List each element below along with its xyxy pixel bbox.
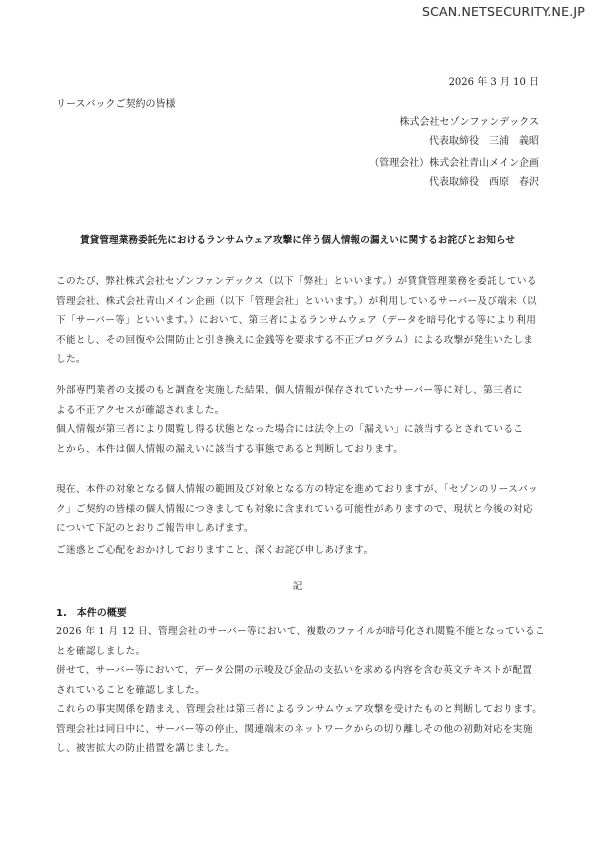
text-line: ク」ご契約の皆様の個人情報につきましても対象に含まれている可能性がありますので、… (56, 500, 546, 520)
section-heading-overview: 1. 本件の概要 (56, 604, 127, 619)
text-line: 併せて、サーバー等において、データ公開の示唆及び金品の支払いを求める内容を含む英… (56, 661, 546, 681)
sender-company: 株式会社セゾンファンデックス (400, 113, 540, 132)
text-line: 現在、本件の対象となる個人情報の範囲及び対象となる方の特定を進めておりますが、「… (56, 480, 546, 500)
text-line: とを確認しました。 (56, 642, 546, 662)
text-line: 下「サーバー等」といいます。）において、第三者によるランサムウェア（データを暗号… (56, 311, 546, 331)
addressee: リースバックご契約の皆様 (56, 95, 176, 110)
paragraph-apology: ご迷惑とご心配をおかけしておりますこと、深くお詫び申しあげます。 (56, 541, 546, 561)
text-line: し、被害拡大の防止措置を講じました。 (56, 739, 546, 759)
management-company: （管理会社）株式会社青山メイン企画 (369, 154, 539, 173)
sender-secondary: （管理会社）株式会社青山メイン企画 代表取締役 西原 春沢 (369, 154, 539, 192)
text-line: ご迷惑とご心配をおかけしておりますこと、深くお詫び申しあげます。 (56, 541, 546, 561)
sender-representative: 代表取締役 三浦 義昭 (400, 132, 540, 151)
text-line: 不能とし、その回復や公開防止と引き換えに金銭等を要求する不正プログラム）による攻… (56, 331, 546, 351)
text-line: した。 (56, 350, 546, 370)
management-representative: 代表取締役 西原 春沢 (369, 173, 539, 192)
text-line: これらの事実関係を踏まえ、管理会社は第三者によるランサムウェア攻撃を受けたものと… (56, 700, 546, 720)
text-line: 個人情報が第三者により閲覧し得る状態となった場合には法令上の「漏えい」に該当する… (56, 420, 546, 440)
sender-primary: 株式会社セゾンファンデックス 代表取締役 三浦 義昭 (400, 113, 540, 151)
text-line: されていることを確認しました。 (56, 681, 546, 701)
text-line: 管理会社は同日中に、サーバー等の停止、関連端末のネットワークからの切り離しその他… (56, 720, 546, 740)
paragraph-current-status: 現在、本件の対象となる個人情報の範囲及び対象となる方の特定を進めておりますが、「… (56, 480, 546, 539)
text-line: よる不正アクセスが確認されました。 (56, 401, 546, 421)
text-line: 管理会社、株式会社青山メイン企画（以下「管理会社」といいます。）が利用しているサ… (56, 292, 546, 312)
document-date: 2026 年 3 月 10 日 (449, 73, 539, 88)
paragraph-investigation: 外部専門業者の支援のもと調査を実施した結果、個人情報が保存されていたサーバー等に… (56, 381, 546, 459)
document-title: 賃貸管理業務委託先におけるランサムウェア攻撃に伴う個人情報の漏えいに関するお詫び… (0, 232, 595, 246)
text-line: このたび、弊社株式会社セゾンファンデックス（以下「弊社」といいます。）が賃貸管理… (56, 272, 546, 292)
section-overview-body: 2026 年 1 月 12 日、管理会社のサーバー等において、複数のファイルが暗… (56, 622, 546, 759)
text-line: について下記のとおりご報告申しあげます。 (56, 519, 546, 539)
text-line: とから、本件は個人情報の漏えいに該当する事態であると判断しております。 (56, 440, 546, 460)
watermark: SCAN.NETSECURITY.NE.JP (422, 4, 585, 19)
ki-marker: 記 (0, 578, 595, 592)
text-line: 外部専門業者の支援のもと調査を実施した結果、個人情報が保存されていたサーバー等に… (56, 381, 546, 401)
paragraph-incident: このたび、弊社株式会社セゾンファンデックス（以下「弊社」といいます。）が賃貸管理… (56, 272, 546, 370)
text-line: 2026 年 1 月 12 日、管理会社のサーバー等において、複数のファイルが暗… (56, 622, 546, 642)
